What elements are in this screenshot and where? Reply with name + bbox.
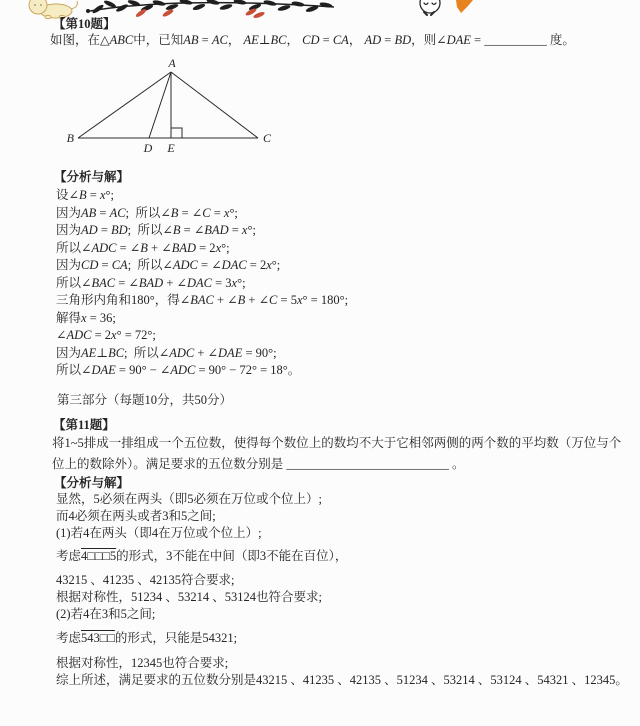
analysis-header-10: 【分析与解】 [54, 170, 129, 185]
figure-label-d: D [143, 141, 153, 155]
smiley-doodle-icon [420, 0, 440, 15]
analysis-line: 三角形内角和180°，得∠BAC + ∠B + ∠C = 5x° = 180°; [56, 293, 348, 308]
orange-ribbon-icon [456, 0, 473, 13]
analysis-line: 因为AD = BD; 所以∠B = ∠BAD = x°; [56, 223, 256, 238]
analysis-line: 所以∠BAC = ∠BAD + ∠DAC = 3x°; [56, 276, 246, 291]
analysis-line: 所以∠DAE = 90° − ∠ADC = 90° − 72° = 18°。 [56, 363, 300, 378]
leaf-branch-red-leaves [135, 7, 266, 19]
problem11-statement-line2: 位上的数除外）。满足要求的五位数分别是 ____________________… [52, 457, 465, 472]
analysis-line: 43215 、41235 、42135符合要求; [56, 573, 234, 588]
problem10-header: 【第10题】 [53, 17, 116, 32]
figure-label-e: E [166, 141, 175, 155]
analysis-line: 而4必须在两头或者3和5之间; [56, 509, 216, 524]
cat-doodle [29, 0, 77, 19]
right-angle-mark [171, 128, 182, 138]
analysis-line: 因为AE⊥BC; 所以∠ADC + ∠DAE = 90°; [56, 346, 277, 361]
part3-heading: 第三部分（每题10分，共50分） [57, 393, 232, 408]
triangle-figure: A B C D E [60, 58, 290, 158]
document-page: 【第10题】 如图，在△ABC中，已知AB = AC， AE⊥BC， CD = … [0, 0, 640, 726]
figure-label-c: C [263, 131, 272, 145]
analysis-line: 根据对称性，51234 、53214 、53124也符合要求; [56, 590, 322, 605]
problem11-header: 【第11题】 [53, 418, 115, 433]
analysis-line: 设∠B = x°; [56, 188, 114, 203]
leaf-branch-icon [86, 0, 334, 15]
analysis-header-11: 【分析与解】 [54, 476, 129, 491]
analysis-line: 综上所述，满足要求的五位数分别是43215 、41235 、42135 、512… [56, 673, 628, 688]
analysis-line: 显然，5必须在两头（即5必须在万位或个位上）; [56, 492, 322, 507]
analysis-line: ∠ADC = 2x° = 72°; [56, 328, 156, 343]
figure-label-b: B [67, 131, 75, 145]
analysis-line: 考虑4□□□5的形式，3不能在中间（即3不能在百位）， [56, 549, 347, 564]
problem10-statement: 如图，在△ABC中，已知AB = AC， AE⊥BC， CD = CA， AD … [50, 33, 575, 48]
analysis-line: 根据对称性，12345也符合要求; [56, 656, 228, 671]
figure-label-a: A [167, 58, 176, 70]
analysis-line: 因为CD = CA; 所以∠ADC = ∠DAC = 2x°; [56, 258, 280, 273]
analysis-line: (2)若4在3和5之间; [56, 607, 155, 622]
analysis-line: 解得x = 36; [56, 311, 116, 326]
analysis-line: 因为AB = AC; 所以∠B = ∠C = x°; [56, 206, 238, 221]
analysis-line: (1)若4在两头（即4在万位或个位上）; [56, 526, 262, 541]
analysis-line: 所以∠ADC = ∠B + ∠BAD = 2x°; [56, 241, 230, 256]
analysis-line: 考虑543□□的形式，只能是54321; [56, 631, 237, 646]
problem11-statement-line1: 将1~5排成一排组成一个五位数，使得每个数位上的数均不大于它相邻两侧的两个数的平… [52, 436, 621, 451]
